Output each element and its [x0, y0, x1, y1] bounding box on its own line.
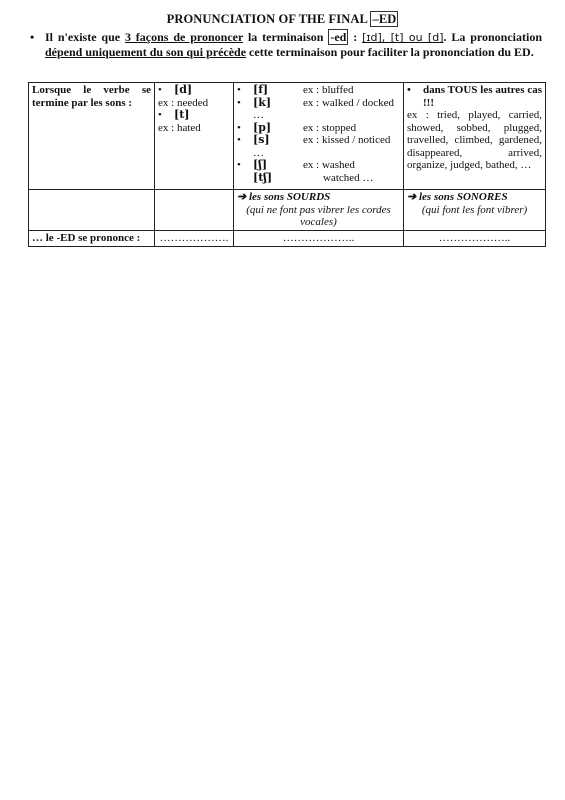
intro-text: la terminaison	[243, 30, 328, 44]
intro-boxed-ed: -ed	[328, 29, 348, 45]
voiced-sounds-cell: ➔ les sons SONORES (qui font les font vi…	[404, 190, 546, 231]
voiceless-title: les sons SOURDS	[249, 191, 330, 203]
pronounced-label: … le -ED se prononce :	[29, 230, 155, 246]
intro-paragraph: • Il n'existe que 3 façons de prononcer …	[28, 30, 542, 60]
table-row: ➔ les sons SOURDS (qui ne font pas vibre…	[29, 190, 546, 231]
col4-other-cell: •dans TOUS les autres cas !!! ex : tried…	[404, 83, 546, 190]
bullet-icon: •	[158, 84, 174, 97]
bullet-icon: •	[237, 122, 253, 135]
bullet-icon	[237, 172, 253, 185]
example-text: ex : hated	[158, 122, 230, 135]
row-label: Lorsque le verbe se termine par les sons…	[32, 84, 151, 109]
intro-ipa-sounds: [ɪd], [t] ou [d]	[362, 31, 443, 44]
sound-symbol: [ʃ]	[253, 159, 303, 172]
col3-sounds-cell: •[f]ex : bluffed •[k]ex : walked / docke…	[234, 83, 404, 190]
bullet-icon: •	[407, 84, 423, 109]
bullet-icon: •	[237, 97, 253, 110]
voiceless-note: (qui ne font pas vibrer les cordes vocal…	[237, 204, 400, 229]
intro-text: cette terminaison pour faciliter la pron…	[246, 45, 534, 59]
bullet-icon: •	[30, 30, 34, 45]
bullet-icon: •	[237, 84, 253, 97]
ellipsis: …	[253, 109, 303, 122]
bullet-icon	[237, 147, 253, 160]
row-label-cell: Lorsque le verbe se termine par les sons…	[29, 83, 155, 190]
title-text: PRONUNCIATION OF THE FINAL	[167, 12, 371, 26]
other-sounds-heading: dans TOUS les autres cas !!!	[423, 84, 542, 109]
example-text: watched …	[303, 172, 400, 185]
sound-symbol: [d]	[174, 84, 192, 97]
sound-symbol: [s]	[253, 134, 303, 147]
empty-cell	[155, 190, 234, 231]
example-text: ex : stopped	[303, 122, 400, 135]
sound-symbol: [f]	[253, 84, 303, 97]
bullet-icon	[237, 109, 253, 122]
intro-underlined-2: dépend uniquement du son qui précède	[45, 45, 246, 59]
sound-symbol: [k]	[253, 97, 303, 110]
answer-blank: ……………….	[155, 230, 234, 246]
example-text: ex : washed	[303, 159, 400, 172]
sound-symbol: [tʃ]	[253, 172, 303, 185]
example-text: ex : needed	[158, 97, 230, 110]
intro-text: :	[348, 30, 362, 44]
example-text: ex : walked / docked	[303, 97, 400, 110]
voiceless-sounds-cell: ➔ les sons SOURDS (qui ne font pas vibre…	[234, 190, 404, 231]
pronunciation-table: Lorsque le verbe se termine par les sons…	[28, 82, 546, 247]
example-text: ex : bluffed	[303, 84, 400, 97]
arrow-right-icon: ➔	[237, 191, 246, 203]
document-title: PRONUNCIATION OF THE FINAL –ED	[0, 12, 565, 27]
bullet-icon: •	[237, 134, 253, 147]
table-row: Lorsque le verbe se termine par les sons…	[29, 83, 546, 190]
intro-text: . La prononciation	[443, 30, 542, 44]
table-row: … le -ED se prononce : ………………. ……………….. …	[29, 230, 546, 246]
empty-cell	[29, 190, 155, 231]
voiced-note: (qui font les font vibrer)	[407, 204, 542, 217]
intro-underlined-1: 3 façons de prononcer	[125, 30, 243, 44]
intro-text: Il n'existe que	[45, 30, 125, 44]
title-boxed-ed: –ED	[370, 11, 398, 27]
answer-blank: ………………..	[404, 230, 546, 246]
arrow-right-icon: ➔	[407, 191, 416, 203]
bullet-icon: •	[158, 109, 174, 122]
example-text: ex : kissed / noticed	[303, 134, 400, 147]
bullet-icon: •	[237, 159, 253, 172]
sound-symbol: [t]	[174, 109, 190, 122]
voiced-title: les sons SONORES	[419, 191, 508, 203]
answer-blank: ………………..	[234, 230, 404, 246]
example-text: ex : tried, played, carried, showed, sob…	[407, 109, 542, 172]
col2-sounds-cell: •[d] ex : needed •[t] ex : hated	[155, 83, 234, 190]
